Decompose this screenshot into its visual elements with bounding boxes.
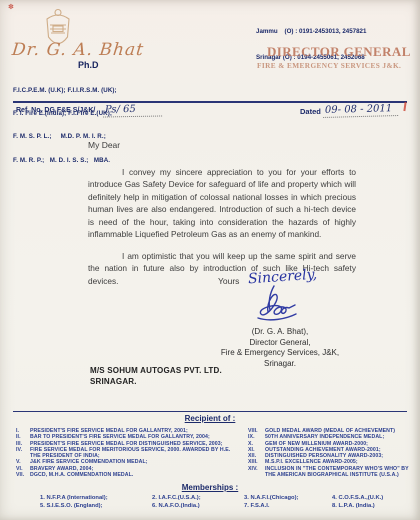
dated-label: Dated [300, 107, 321, 116]
credentials-line: F. M. R. P.; M. D. I. S. S.; MBA. [13, 157, 117, 165]
medal-list-left: I.PRESIDENT'S FIRE SERVICE MEDAL FOR GAL… [16, 428, 238, 478]
memberships-heading: Memberships : [0, 483, 420, 492]
letterhead-name: Dr. G. A. Bhat [11, 40, 163, 60]
signatory-department: Fire & Emergency Services, J&K, [180, 348, 380, 359]
membership-item: 8. L.P.A. (India.) [332, 503, 406, 509]
closing-yours: Yours [218, 276, 239, 286]
medal-item: VII.DGCD, M.H.A. COMMENDATION MEDAL. [16, 472, 238, 478]
letterhead-subtitle: FIRE & EMERGENCY SERVICES J&K. [257, 61, 401, 70]
phone-jammu: Jammu (O) : 0191-2453013, 2457821 [256, 28, 366, 37]
membership-item: 4. C.O.F.S.A.,(U.K.) [332, 495, 406, 501]
body-paragraph-1: I convey my sincere appreciation to you … [88, 166, 356, 240]
letterhead-degree: Ph.D [78, 60, 99, 70]
medal-numeral: VII. [16, 472, 30, 478]
medal-text: DGCD, M.H.A. COMMENDATION MEDAL. [30, 472, 238, 478]
medal-item: IV.FIRE SERVICE MEDAL FOR MERITORIOUS SE… [16, 447, 238, 460]
signature-icon [238, 284, 310, 326]
signatory-name: (Dr. G. A. Bhat), [180, 327, 380, 338]
recipient-heading: Recipient of : [0, 414, 420, 423]
memberships-list: 1. N.F.P.A (International); 2. I.A.F.C.(… [40, 495, 406, 509]
letterhead-title: DIRECTOR GENERAL [267, 44, 411, 60]
signatory-block: (Dr. G. A. Bhat), Director General, Fire… [180, 327, 380, 369]
header-divider [13, 101, 407, 103]
red-ink-mark [403, 102, 406, 111]
addressee-line2: SRINAGAR. [90, 377, 222, 388]
membership-item: 6. N.A.F.O.(India.) [152, 503, 244, 509]
addressee-block: M/S SOHUM AUTOGAS PVT. LTD. SRINAGAR. [90, 366, 222, 387]
letterhead-credentials: F.I.C.P.E.M. (U.K); F.I.I.R.S.M. (UK); F… [13, 71, 117, 180]
signatory-title: Director General, [180, 338, 380, 349]
ref-number-handwritten: Ps/ 65 [103, 103, 162, 117]
footer-divider [13, 411, 407, 412]
membership-item: 1. N.F.P.A (International); [40, 495, 152, 501]
red-stamp-mark: ✽ [8, 3, 14, 11]
addressee-line1: M/S SOHUM AUTOGAS PVT. LTD. [90, 366, 222, 377]
medal-list-right: VIII.GOLD MEDAL AWARD (MEDAL OF ACHIEVEM… [248, 428, 410, 478]
membership-item: 5. S.I.E.S.O. (England); [40, 503, 152, 509]
medal-numeral: XIV. [248, 466, 265, 479]
salutation: My Dear [88, 140, 120, 150]
medal-numeral: IV. [16, 447, 30, 460]
ref-number-label: Ref. No. DG F&E S/J&K/ [16, 107, 95, 114]
date-handwritten: 09- 08 - 2011 [323, 103, 399, 118]
medal-text: INCLUSION IN "THE CONTEMPORARY WHO'S WHO… [265, 466, 410, 479]
credentials-line: F.I.C.P.E.M. (U.K); F.I.I.R.S.M. (UK); [13, 87, 117, 95]
membership-item: 3. N.A.F.I.(Chicago); [244, 495, 332, 501]
membership-item: 7. F.S.A.I. [244, 503, 332, 509]
medal-item: XIV.INCLUSION IN "THE CONTEMPORARY WHO'S… [248, 466, 410, 479]
medal-text: FIRE SERVICE MEDAL FOR MERITORIOUS SERVI… [30, 447, 238, 460]
membership-item: 2. I.A.F.C.(U.S.A.); [152, 495, 244, 501]
letter-page: ✽ Dr. G. A. Bhat Ph.D F.I.C.P.E.M. (U.K)… [0, 0, 420, 520]
